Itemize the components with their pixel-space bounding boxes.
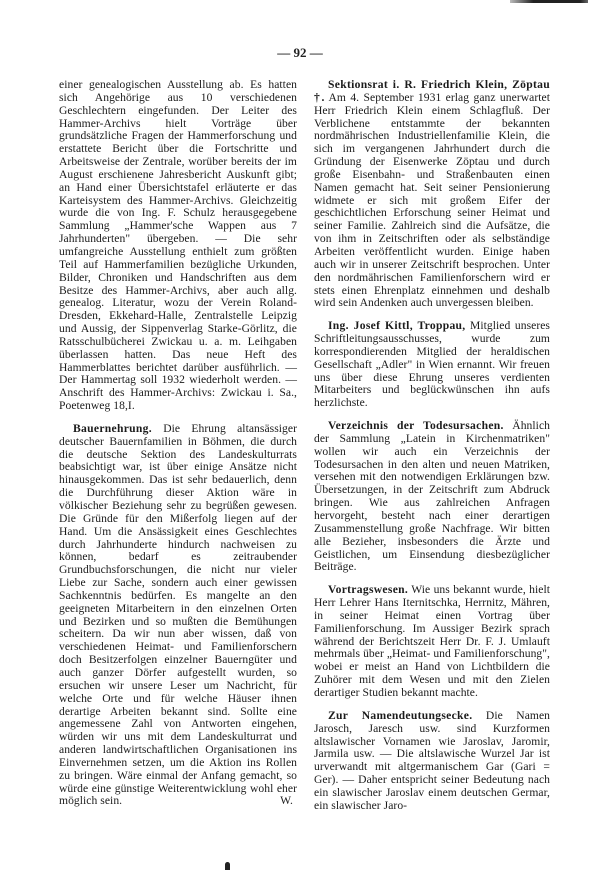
scan-artifact-bottom [225, 862, 230, 870]
scan-artifact-top [510, 0, 588, 3]
namendeutung-heading: Zur Namendeutungsecke. [328, 709, 472, 722]
right-column: Sektionsrat i. R. Friedrich Klein, Zöpta… [314, 79, 550, 813]
namendeutung-paragraph: Zur Namendeutungsecke. Die Namen Jarosch… [314, 710, 550, 813]
bauernehrung-heading: Bauernehrung. [73, 422, 152, 435]
todesursachen-body: Ähnlich der Sammlung „Latein in Kirchenm… [314, 419, 550, 573]
bauernehrung-body: Die Ehrung altansässiger deutscher Bauer… [59, 422, 297, 807]
left-column: einer genealogischen Ausstellung ab. Es … [59, 79, 297, 808]
page-number: — 92 — [0, 45, 600, 61]
kittl-body: Mitglied unseres Schriftleitungsausschus… [314, 319, 550, 409]
bauernehrung-paragraph: Bauernehrung. Die Ehrung altansässiger d… [59, 423, 297, 808]
vortragswesen-body: Wie uns bekannt wurde, hielt Herr Lehrer… [314, 583, 550, 699]
klein-obituary-body: Am 4. September 1931 erlag ganz unerwart… [314, 91, 550, 310]
klein-obituary-paragraph: Sektionsrat i. R. Friedrich Klein, Zöpta… [314, 79, 550, 310]
todesursachen-paragraph: Verzeichnis der Todesursachen. Ähnlich d… [314, 420, 550, 574]
todesursachen-heading: Verzeichnis der Todesursachen. [328, 419, 504, 432]
hammer-archive-paragraph: einer genealogischen Ausstellung ab. Es … [59, 79, 297, 413]
namendeutung-body: Die Namen Jarosch, Jaresch usw. sind Kur… [314, 709, 550, 812]
vortragswesen-paragraph: Vortragswesen. Wie uns bekannt wurde, hi… [314, 584, 550, 700]
kittl-paragraph: Ing. Josef Kittl, Troppau, Mitglied unse… [314, 320, 550, 410]
kittl-heading: Ing. Josef Kittl, Troppau, [328, 319, 466, 332]
vortragswesen-heading: Vortragswesen. [328, 583, 408, 596]
